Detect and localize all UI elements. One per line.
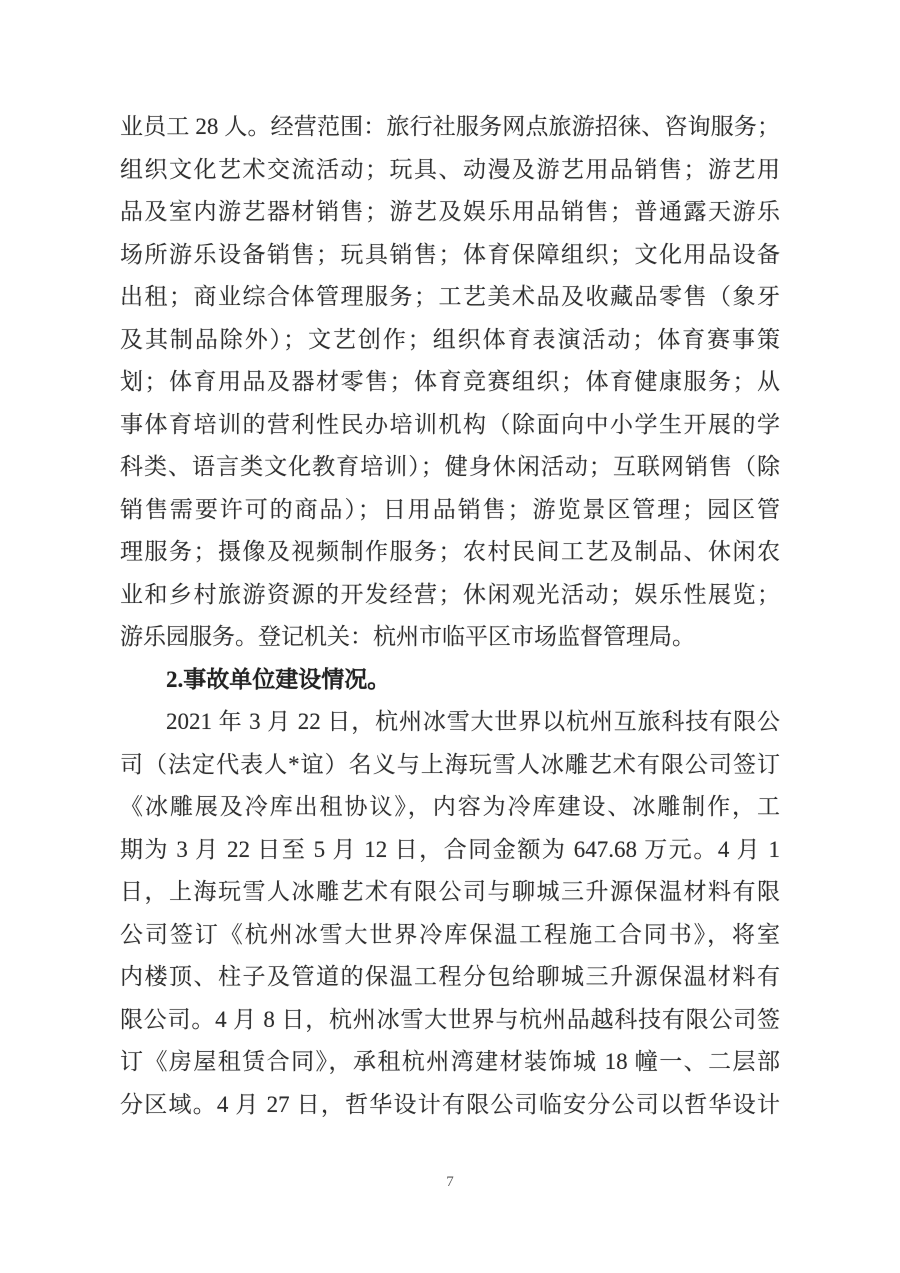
text-line: 业员工 28 人。经营范围：旅行社服务网点旅游招徕、咨询服务； [120,106,780,149]
text-line: 科类、语言类文化教育培训）；健身休闲活动；互联网销售（除 [120,446,780,489]
text-line: 限公司。4 月 8 日，杭州冰雪大世界与杭州品越科技有限公司签 [120,999,780,1042]
text-line: 司（法定代表人*谊）名义与上海玩雪人冰雕艺术有限公司签订 [120,744,780,787]
text-line: 日，上海玩雪人冰雕艺术有限公司与聊城三升源保温材料有限 [120,871,780,914]
text-line: 品及室内游艺器材销售；游艺及娱乐用品销售；普通露天游乐 [120,191,780,234]
page-number: 7 [0,1172,900,1192]
section-heading: 2.事故单位建设情况。 [120,659,780,702]
text-line: 分区域。4 月 27 日，哲华设计有限公司临安分公司以哲华设计 [120,1084,780,1127]
text-line: 游乐园服务。登记机关：杭州市临平区市场监督管理局。 [120,616,780,659]
text-line: 出租；商业综合体管理服务；工艺美术品及收藏品零售（象牙 [120,276,780,319]
document-page: 业员工 28 人。经营范围：旅行社服务网点旅游招徕、咨询服务； 组织文化艺术交流… [0,0,900,1273]
body-text-block: 业员工 28 人。经营范围：旅行社服务网点旅游招徕、咨询服务； 组织文化艺术交流… [120,106,780,1126]
text-line: 订《房屋租赁合同》，承租杭州湾建材装饰城 18 幢一、二层部 [120,1041,780,1084]
text-line: 及其制品除外）；文艺创作；组织体育表演活动；体育赛事策 [120,319,780,362]
text-line: 《冰雕展及冷库出租协议》，内容为冷库建设、冰雕制作，工 [120,786,780,829]
text-line: 理服务；摄像及视频制作服务；农村民间工艺及制品、休闲农 [120,531,780,574]
text-line: 销售需要许可的商品）；日用品销售；游览景区管理；园区管 [120,489,780,532]
text-line: 公司签订《杭州冰雪大世界冷库保温工程施工合同书》，将室 [120,914,780,957]
text-line: 场所游乐设备销售；玩具销售；体育保障组织；文化用品设备 [120,234,780,277]
text-line: 2021 年 3 月 22 日，杭州冰雪大世界以杭州互旅科技有限公 [120,701,780,744]
text-line: 业和乡村旅游资源的开发经营；休闲观光活动；娱乐性展览； [120,574,780,617]
text-line: 组织文化艺术交流活动；玩具、动漫及游艺用品销售；游艺用 [120,149,780,192]
text-line: 事体育培训的营利性民办培训机构（除面向中小学生开展的学 [120,404,780,447]
paragraph-construction-info: 2021 年 3 月 22 日，杭州冰雪大世界以杭州互旅科技有限公 司（法定代表… [120,701,780,1126]
paragraph-business-scope: 业员工 28 人。经营范围：旅行社服务网点旅游招徕、咨询服务； 组织文化艺术交流… [120,106,780,659]
text-line: 划；体育用品及器材零售；体育竞赛组织；体育健康服务；从 [120,361,780,404]
text-line: 内楼顶、柱子及管道的保温工程分包给聊城三升源保温材料有 [120,956,780,999]
text-line: 期为 3 月 22 日至 5 月 12 日，合同金额为 647.68 万元。4 … [120,829,780,872]
